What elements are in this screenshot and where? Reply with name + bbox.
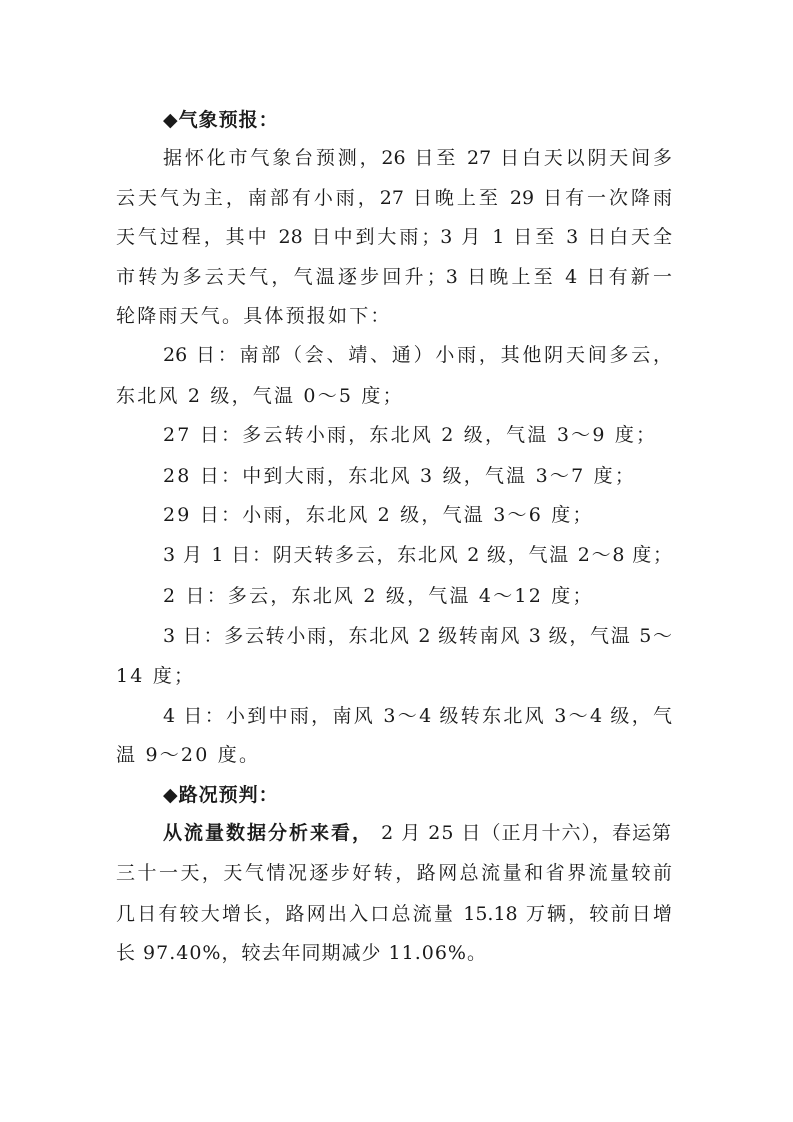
paragraph-line: 市转为多云天气，气温逐步回升；3 日晚上至 4 日有新一 bbox=[116, 265, 672, 289]
road-lead-bold: 从流量数据分析来看， bbox=[163, 821, 373, 845]
section-heading-weather: ◆气象预报： bbox=[163, 108, 672, 132]
forecast-mar-1: 3 月 1 日：阴天转多云，东北风 2 级，气温 2～8 度； bbox=[163, 543, 672, 567]
forecast-day-26: 26 日：南部（会、靖、通）小雨，其他阴天间多云， bbox=[163, 343, 672, 367]
section-heading-road: ◆路况预判： bbox=[163, 783, 672, 807]
road-paragraph-line: 几日有较大增长，路网出入口总流量 15.18 万辆，较前日增 bbox=[116, 902, 672, 926]
road-lead-rest: 2 月 25 日（正月十六），春运第 bbox=[381, 821, 672, 845]
forecast-mar-4: 4 日：小到中雨，南风 3～4 级转东北风 3～4 级，气 bbox=[163, 704, 672, 728]
forecast-mar-2: 2 日：多云，东北风 2 级，气温 4～12 度； bbox=[163, 584, 672, 608]
road-paragraph-line: 三十一天，天气情况逐步好转，路网总流量和省界流量较前 bbox=[116, 861, 672, 885]
forecast-mar-4-cont: 温 9～20 度。 bbox=[116, 743, 672, 767]
forecast-mar-3: 3 日：多云转小雨，东北风 2 级转南风 3 级，气温 5～ bbox=[163, 624, 672, 648]
forecast-day-26-cont: 东北风 2 级，气温 0～5 度； bbox=[116, 384, 672, 408]
forecast-day-29: 29 日：小雨，东北风 2 级，气温 3～6 度； bbox=[163, 503, 672, 527]
road-paragraph-line-1: 从流量数据分析来看， 2 月 25 日（正月十六），春运第 bbox=[163, 821, 672, 845]
paragraph-line: 天气过程，其中 28 日中到大雨；3 月 1 日至 3 日白天全 bbox=[116, 225, 672, 249]
road-paragraph-line: 长 97.40%，较去年同期减少 11.06%。 bbox=[116, 941, 672, 965]
paragraph-line: 据怀化市气象台预测，26 日至 27 日白天以阴天间多 bbox=[163, 146, 672, 170]
forecast-day-28: 28 日：中到大雨，东北风 3 级，气温 3～7 度； bbox=[163, 464, 672, 488]
paragraph-line: 云天气为主，南部有小雨，27 日晚上至 29 日有一次降雨 bbox=[116, 186, 672, 210]
forecast-day-27: 27 日：多云转小雨，东北风 2 级，气温 3～9 度； bbox=[163, 423, 672, 447]
forecast-mar-3-cont: 14 度； bbox=[116, 664, 672, 688]
paragraph-line: 轮降雨天气。具体预报如下： bbox=[116, 304, 672, 328]
document-page: ◆气象预报： 据怀化市气象台预测，26 日至 27 日白天以阴天间多 云天气为主… bbox=[0, 0, 793, 1122]
